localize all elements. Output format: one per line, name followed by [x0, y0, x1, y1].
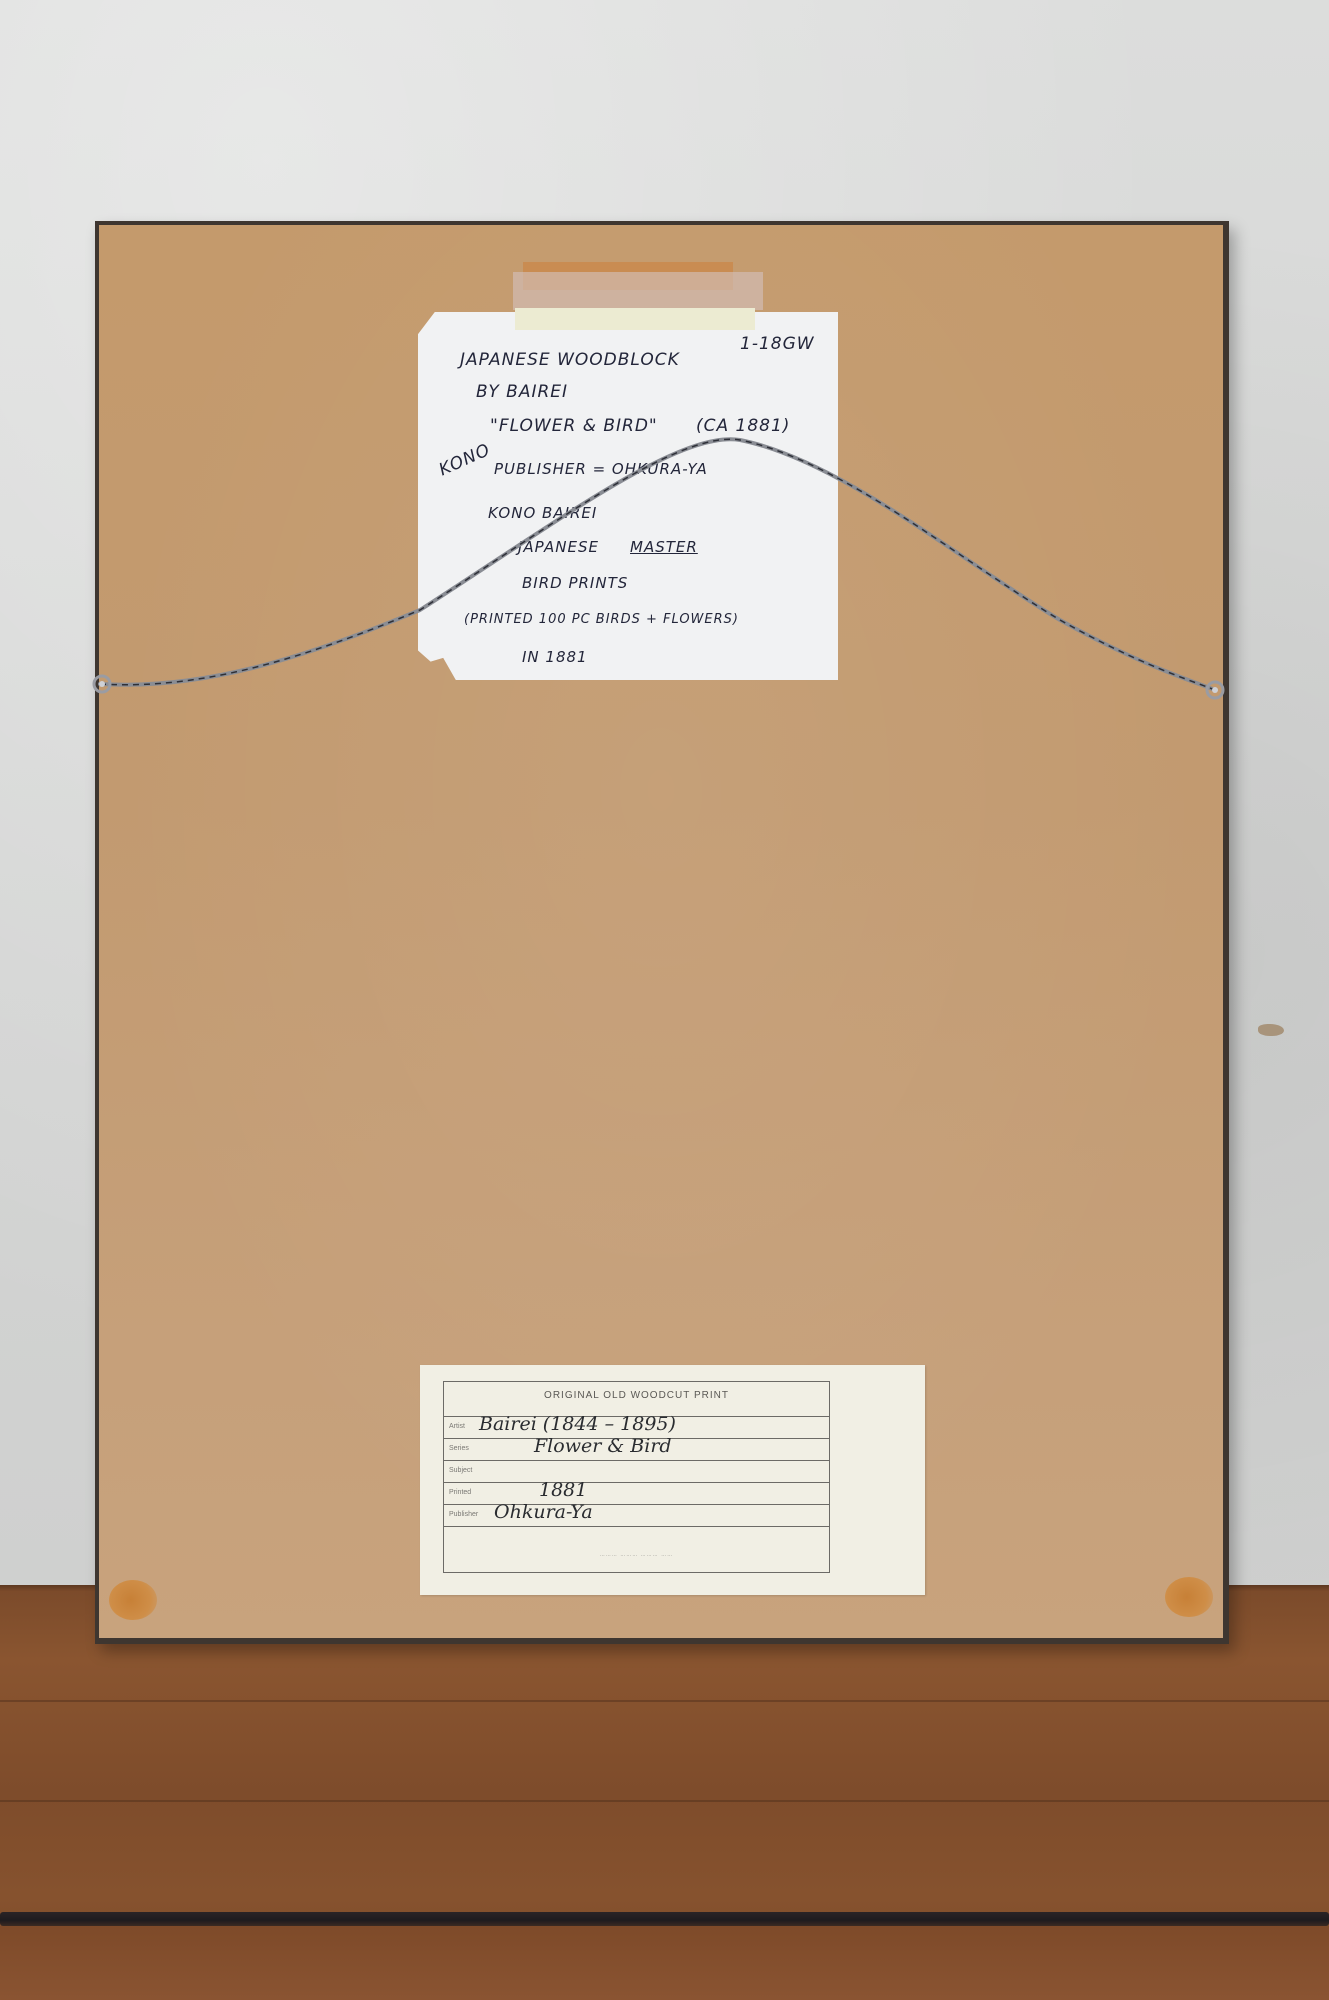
shelf-grain [0, 1700, 1329, 1702]
clear-tape [513, 272, 763, 310]
label-key: Printed [449, 1489, 471, 1496]
note-line: BIRD PRINTS [522, 574, 628, 592]
note-line: (PRINTED 100 PC BIRDS + FLOWERS) [464, 612, 739, 627]
label-row-series: Series Flower & Bird [444, 1438, 829, 1461]
note-line: JAPANESE [518, 538, 599, 556]
masking-tape [515, 308, 755, 330]
inventory-code: 1-18GW [740, 334, 815, 354]
label-value: Bairei (1844 – 1895) [479, 1413, 676, 1435]
label-divider [444, 1526, 829, 1527]
shelf-lower-board [0, 1926, 1329, 2000]
note-line: IN 1881 [522, 648, 588, 666]
label-key: Series [449, 1445, 469, 1452]
label-row-publisher: Publisher Ohkura-Ya [444, 1504, 829, 1527]
note-line: (CA 1881) [696, 416, 790, 436]
note-line: "FLOWER & BIRD" [490, 416, 658, 436]
note-line-underlined: MASTER [630, 538, 698, 556]
label-value: Ohkura-Ya [494, 1501, 593, 1523]
note-line: BY BAIREI [476, 382, 568, 402]
label-value: 1881 [539, 1479, 587, 1501]
label-footer: ……… ……… ……… …… [444, 1552, 829, 1558]
note-line: KONO [436, 440, 494, 480]
shelf-grain [0, 1800, 1329, 1802]
note-line: PUBLISHER = OHKURA-YA [494, 460, 708, 478]
note-line: JAPANESE WOODBLOCK [460, 350, 680, 370]
printed-label: ORIGINAL OLD WOODCUT PRINT Artist Bairei… [420, 1365, 925, 1595]
label-value: Flower & Bird [534, 1435, 672, 1457]
label-key: Subject [449, 1467, 472, 1474]
label-key: Publisher [449, 1511, 478, 1518]
handwritten-note: 1-18GW JAPANESE WOODBLOCK BY BAIREI "FLO… [418, 312, 838, 680]
shelf-gap [0, 1912, 1329, 1926]
label-form: ORIGINAL OLD WOODCUT PRINT Artist Bairei… [443, 1381, 830, 1573]
label-key: Artist [449, 1423, 465, 1430]
label-title: ORIGINAL OLD WOODCUT PRINT [444, 1390, 829, 1401]
label-row-subject: Subject [444, 1460, 829, 1483]
wall-blemish [1258, 1024, 1284, 1036]
glue-stain [109, 1580, 157, 1620]
glue-stain [1165, 1577, 1213, 1617]
note-line: KONO BAIREI [488, 504, 597, 522]
